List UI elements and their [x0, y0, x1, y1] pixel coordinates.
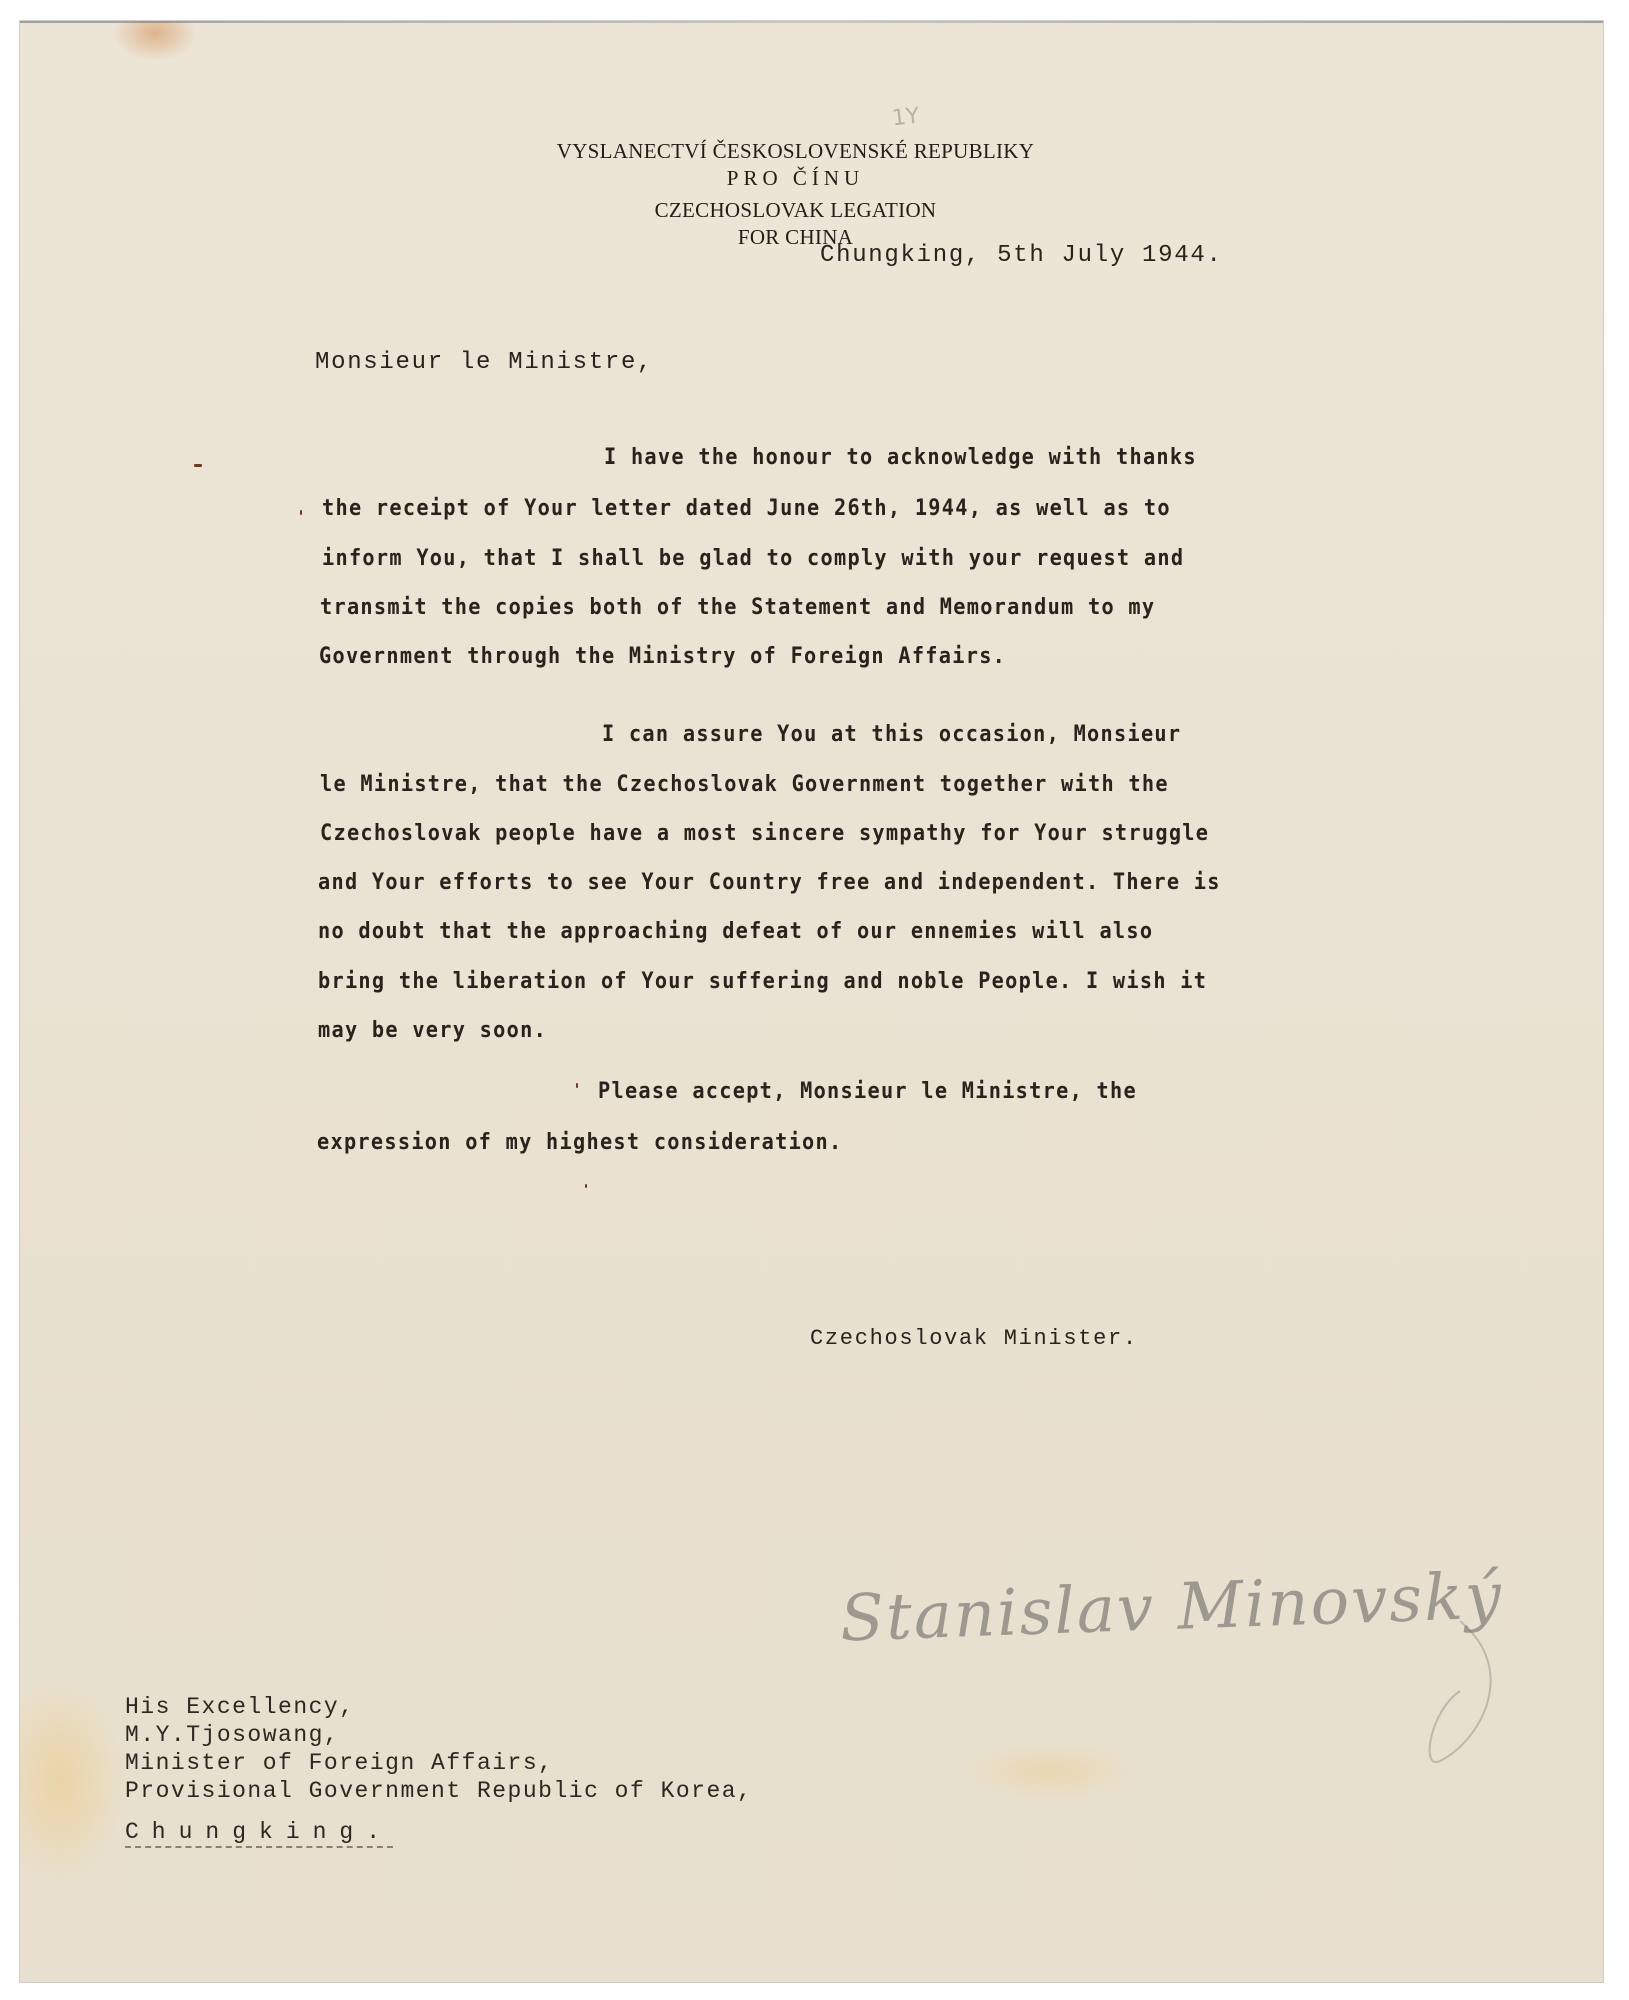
- body-line: le Ministre, that the Czechoslovak Gover…: [320, 774, 1169, 796]
- addressee-name: M.Y.Tjosowang,: [125, 1724, 339, 1747]
- letterhead-line-czech-legation: VYSLANECTVÍ ČESKOSLOVENSKÉ REPUBLIKY: [4, 141, 1587, 162]
- addressee-title: Minister of Foreign Affairs,: [125, 1752, 553, 1775]
- signature: Stanislav Minovský: [820, 1511, 1540, 1771]
- addressee-organization: Provisional Government Republic of Korea…: [125, 1780, 752, 1803]
- body-line: and Your efforts to see Your Country fre…: [318, 872, 1221, 894]
- ink-speck: [194, 464, 202, 467]
- body-line: may be very soon.: [318, 1020, 547, 1042]
- body-line: I have the honour to acknowledge with th…: [604, 447, 1197, 469]
- letterhead-line-for-china: FOR CHINA: [4, 227, 1587, 248]
- salutation: Monsieur le Ministre,: [315, 351, 653, 375]
- ink-speck: [585, 1184, 587, 1188]
- ink-speck: [576, 1083, 578, 1088]
- ink-speck: [300, 510, 302, 515]
- body-line: Please accept, Monsieur le Ministre, the: [598, 1081, 1137, 1103]
- letterhead-line-czechoslovak-legation: CZECHOSLOVAK LEGATION: [4, 200, 1587, 221]
- body-line: no doubt that the approaching defeat of …: [318, 921, 1153, 943]
- pencil-annotation: 1Y: [891, 104, 921, 132]
- body-line: I can assure You at this occasion, Monsi…: [602, 724, 1181, 746]
- letter-paper: 1Y VYSLANECTVÍ ČESKOSLOVENSKÉ REPUBLIKY …: [20, 21, 1603, 1982]
- body-line: Government through the Ministry of Forei…: [319, 646, 1006, 668]
- signatory-title: Czechoslovak Minister.: [810, 1328, 1138, 1350]
- body-line: expression of my highest consideration.: [317, 1132, 842, 1154]
- body-line: the receipt of Your letter dated June 26…: [322, 498, 1171, 520]
- body-line: Czechoslovak people have a most sincere …: [320, 823, 1209, 845]
- addressee-city: Chungking.: [125, 1821, 393, 1848]
- addressee-honorific: His Excellency,: [125, 1696, 355, 1719]
- body-line: transmit the copies both of the Statemen…: [320, 597, 1155, 619]
- signature-flourish-icon: [820, 1511, 1540, 1771]
- letterhead-line-pro-cinu: PRO ČÍNU: [4, 168, 1587, 189]
- dateline: Chungking, 5th July 1944.: [820, 244, 1223, 268]
- body-line: bring the liberation of Your suffering a…: [318, 971, 1207, 993]
- body-line: inform You, that I shall be glad to comp…: [322, 548, 1184, 570]
